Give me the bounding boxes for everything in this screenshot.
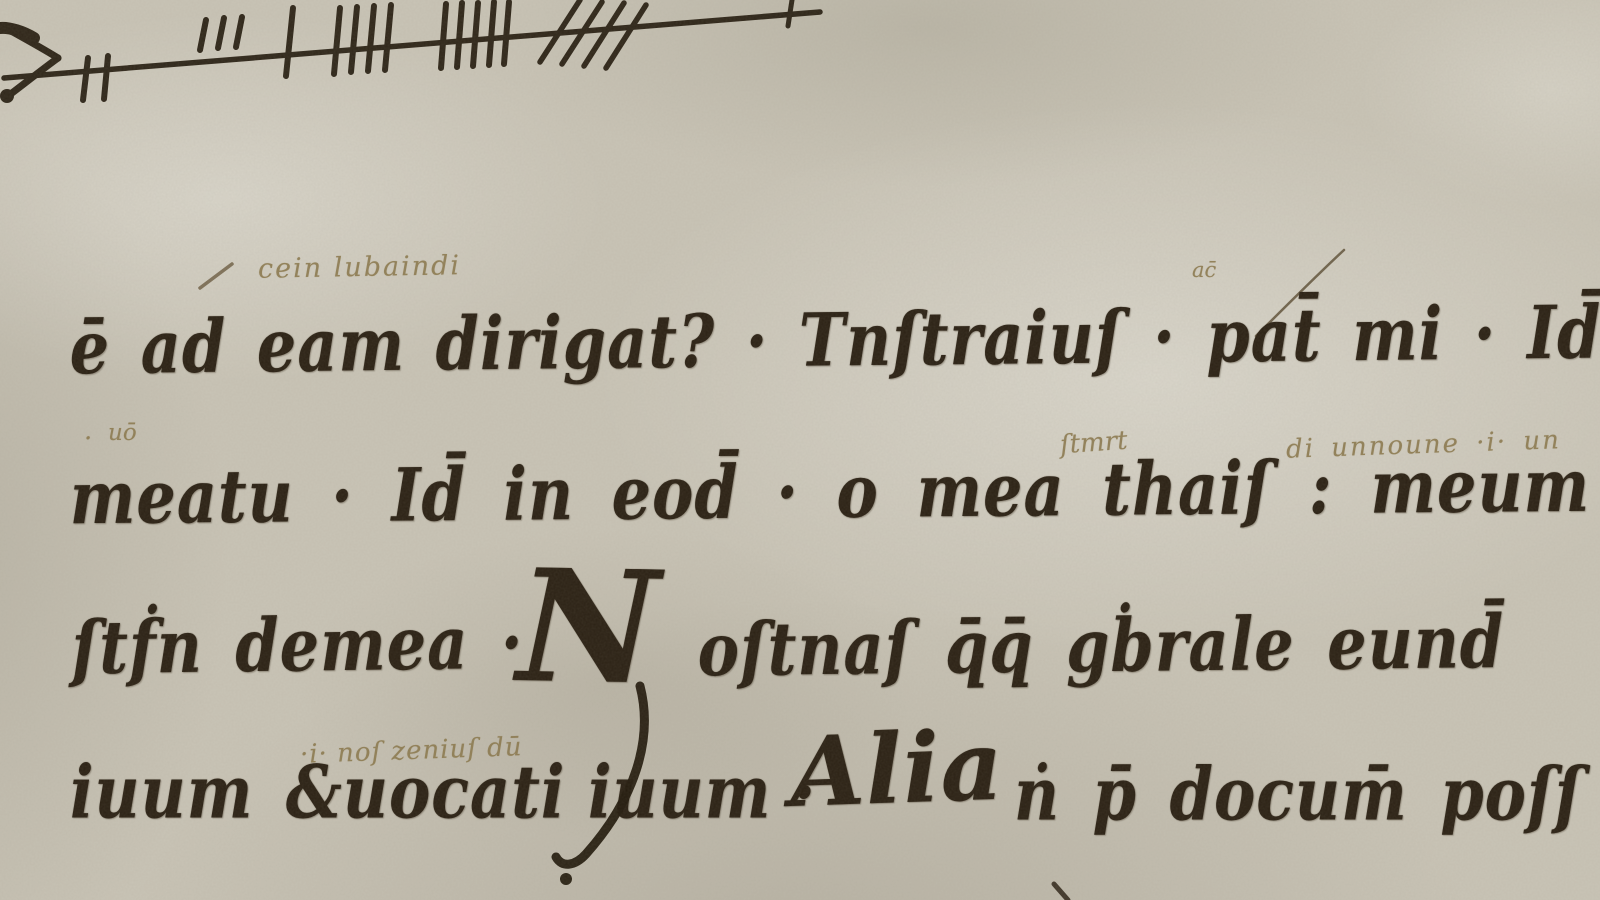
ogham-end-stub (788, 0, 792, 26)
ogham-feather-upper (2, 26, 58, 58)
text-line-4-right: ṅ p̄ docum̄ poſſ (1014, 751, 1582, 837)
interlinear-gloss: cein lubaindi (258, 250, 462, 285)
text-line-3-right: oſtnaſ q̄q̄ gḃrale eund̄ (697, 599, 1504, 693)
ogham-stemline (4, 12, 820, 78)
text-line-2: meatu · Id̄ in eod̄ · o mea thaiſ : meum… (69, 441, 1600, 541)
manuscript-page: cein lubaindi ac̄ · uō ſtmrt di unnoune … (0, 0, 1600, 900)
interlinear-gloss: ac̄ (1192, 258, 1216, 282)
ogham-feather-lower (8, 58, 58, 96)
text-line-4-mid: iuum · (588, 749, 816, 835)
text-line-4-swash-word: Alia (788, 709, 1005, 829)
margin-dot: · (84, 424, 92, 454)
stray-mark (1054, 884, 1068, 900)
ogham-feather-thick (0, 28, 34, 38)
ogham-feather-dot (0, 89, 14, 103)
text-line-4-left: iuum &uocati (70, 749, 565, 835)
text-line-1: ē ad eam dirigat? · Tnſtraiuſ · pat̄ mi … (69, 287, 1600, 391)
interlinear-gloss: uō (108, 420, 137, 446)
ogham-inscription (0, 0, 840, 118)
text-line-3-left: ſtḟn demea · (71, 599, 524, 691)
insertion-tick (200, 264, 232, 288)
initial-letter-N: N (516, 548, 661, 705)
descender-ink-dot (560, 873, 572, 885)
ogham-strokes (0, 0, 820, 103)
